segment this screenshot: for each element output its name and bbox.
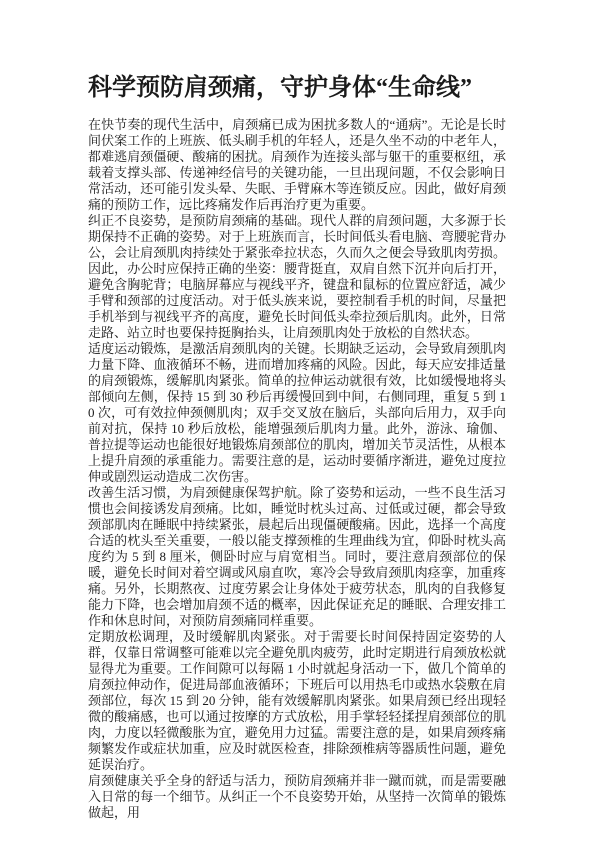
paragraph-conclusion: 肩颈健康关乎全身的舒适与活力，预防肩颈痛并非一蹴而就，而是需要融入日常的每一个细… [88, 773, 506, 821]
document-body: 在快节奏的现代生活中，肩颈痛已成为困扰多数人的“通病”。无论是长时间伏案工作的上… [88, 117, 506, 821]
paragraph-lifestyle: 改善生活习惯，为肩颈健康保驾护航。除了姿势和运动，一些不良生活习惯也会间接诱发肩… [88, 485, 506, 629]
document-title: 科学预防肩颈痛，守护身体“生命线” [88, 74, 506, 102]
paragraph-relaxation: 定期放松调理，及时缓解肌肉紧张。对于需要长时间保持固定姿势的人群，仅靠日常调整可… [88, 629, 506, 773]
document-page: 科学预防肩颈痛，守护身体“生命线” 在快节奏的现代生活中，肩颈痛已成为困扰多数人… [0, 0, 595, 841]
paragraph-intro: 在快节奏的现代生活中，肩颈痛已成为困扰多数人的“通病”。无论是长时间伏案工作的上… [88, 117, 506, 213]
paragraph-posture: 纠正不良姿势，是预防肩颈痛的基础。现代人群的肩颈问题，大多源于长期保持不正确的姿… [88, 213, 506, 341]
paragraph-exercise: 适度运动锻炼，是激活肩颈肌肉的关键。长期缺乏运动，会导致肩颈肌肉力量下降、血液循… [88, 341, 506, 485]
